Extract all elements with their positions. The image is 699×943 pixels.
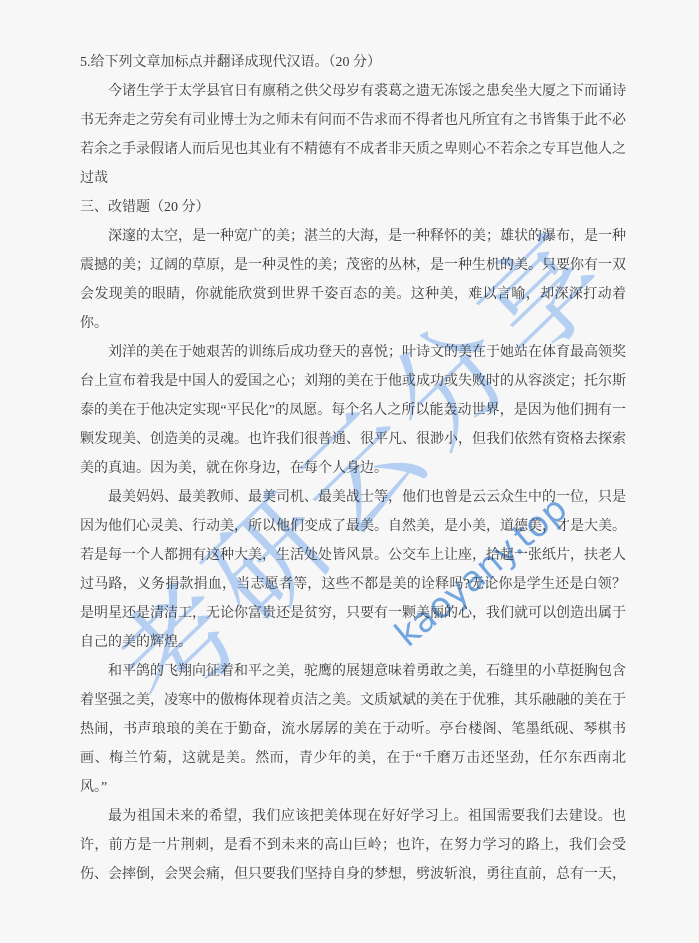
essay-paragraph-1: 深邃的太空，是一种宽广的美；湛兰的大海，是一种释怀的美；雄状的瀑布，是一种震撼的… [80, 222, 626, 338]
essay-paragraph-5: 最为祖国未来的希望，我们应该把美体现在好好学习上。祖国需要我们去建设。也许，前方… [80, 802, 626, 889]
section3-heading: 三、改错题（20 分） [80, 193, 626, 222]
essay-paragraph-2: 刘洋的美在于她艰苦的训练后成功登天的喜悦；叶诗文的美在于她站在体育最高领奖台上宣… [80, 338, 626, 483]
exam-document-page: 考研云分享 kaoyany.top 5.给下列文章加标点并翻译成现代汉语。（20… [0, 0, 699, 943]
essay-paragraph-4: 和平鸽的飞翔向征着和平之美，驼鹰的展翅意味着勇敢之美，石缝里的小草挺胸包含着坚强… [80, 657, 626, 802]
document-body: 5.给下列文章加标点并翻译成现代汉语。（20 分） 今诸生学于太学县官日有廪稍之… [80, 48, 626, 889]
question5-classical-passage: 今诸生学于太学县官日有廪稍之供父母岁有裘葛之遗无冻馁之患矣坐大厦之下而诵诗书无奔… [80, 77, 626, 193]
essay-paragraph-3: 最美妈妈、最美教师、最美司机、最美战士等，他们也曾是云云众生中的一位，只是因为他… [80, 483, 626, 657]
question5-heading: 5.给下列文章加标点并翻译成现代汉语。（20 分） [80, 48, 626, 77]
